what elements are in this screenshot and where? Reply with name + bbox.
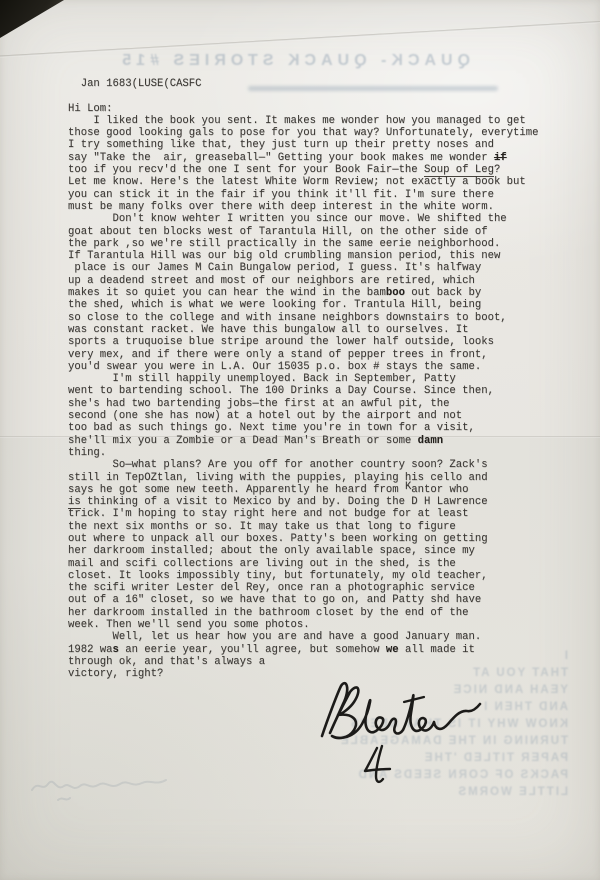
bleedthrough-title: QUACK- QUACK STORIES #15: [92, 52, 470, 70]
letter-line: was constant racket. We have this bungal…: [68, 324, 573, 336]
letter-line: thing.: [68, 447, 573, 459]
bleedthrough-fragment: PAPER TITLED 'THE: [300, 750, 568, 767]
signature-flourish: [362, 744, 396, 788]
letter-line: her darkroom installed in the bathroom c…: [68, 607, 573, 619]
letter-line: say "Take the air, greaseball—" Getting …: [68, 152, 573, 164]
letter-line: the shed, which is what we were looking …: [68, 299, 573, 311]
letter-line: goat about ten blocks west of Tarantula …: [68, 226, 573, 238]
letter-line: second (one she has now) at a hotel out …: [68, 410, 573, 422]
letter-line: So—what plans? Are you off for another c…: [68, 459, 573, 471]
signature-blaster: [312, 680, 488, 752]
bleedthrough-fragment: PACKS OF CORN SEEDS AND: [300, 767, 568, 784]
letter-line: Hi Lom:: [68, 103, 573, 115]
letter-line: week. Then we'll send you some photos.: [68, 619, 573, 631]
letter-line: her darkroom installed; about the only a…: [68, 545, 573, 557]
letter-line: must be many folks over there with deep …: [68, 201, 573, 213]
letter-line: still in TepOZtlan, living with the pupp…: [68, 472, 573, 484]
letter-line: out where to unpack all our boxes. Patty…: [68, 533, 573, 545]
letter-line: closet. It looks impossibly tiny, but fo…: [68, 570, 573, 582]
letter-line: trick. I'm hoping to stay right here and…: [68, 508, 573, 520]
letter-line: those good looking gals to pose for you …: [68, 127, 573, 139]
letter-line: went to bartending school. The 100 Drink…: [68, 385, 573, 397]
letter-line: I try something like that, they just tur…: [68, 139, 573, 151]
bleedthrough-handwriting: [28, 762, 178, 806]
letter-photo: QUACK- QUACK STORIES #15 ITHAT YOU ATYEA…: [0, 0, 600, 880]
letter-line: the park ,so we're still practically in …: [68, 238, 573, 250]
letter-line: Don't know wehter I written you since ou…: [68, 213, 573, 225]
letter-line: out of a 16" closet, so we have that to …: [68, 594, 573, 606]
letter-line: the next six months or so. It may take u…: [68, 521, 573, 533]
letter-line: too bad as such things go. Next time you…: [68, 422, 573, 434]
letter-line: through ok, and that's always a: [68, 656, 573, 668]
letter-line: the scifi writer Lester del Rey, once ra…: [68, 582, 573, 594]
letter-line: so close to the college and with insane …: [68, 312, 573, 324]
letter-line: Well, let us hear how you are and have a…: [68, 631, 573, 643]
letter-line: If Tarantula Hill was our big old crumbl…: [68, 250, 573, 262]
letter-line: victory, right?: [68, 668, 573, 680]
letter-line: is thinking of a visit to Mexico by and …: [68, 496, 573, 508]
letter-line: makes it so quiet you can hear the wind …: [68, 287, 573, 299]
letter-line: place is our James M Cain Bungalow perio…: [68, 262, 573, 274]
letter-line: 1982 was an eerie year, you'll agree, bu…: [68, 644, 573, 656]
letter-body: Jan 1683(LUSE(CASFC Hi Lom: I liked the …: [68, 78, 573, 681]
letter-line: she'll mix you a Zombie or a Dead Man's …: [68, 435, 573, 447]
letter-line: you'd swear you were in L.A. Our 15035 p…: [68, 361, 573, 373]
letter-line: I'm still happily unemployed. Back in Se…: [68, 373, 573, 385]
letter-line: very mex, and if there were only a stand…: [68, 349, 573, 361]
bleedthrough-fragment: LITTLE WORMS: [300, 784, 568, 801]
letter-line: Jan 1683(LUSE(CASFC: [68, 78, 573, 90]
letter-line: sports a truquoise blue stripe around th…: [68, 336, 573, 348]
letter-line: says he got some new teeth. Apparently h…: [68, 484, 573, 496]
letter-line: too if you recv'd the one I sent for you…: [68, 164, 573, 176]
letter-line: mail and scifi collections are living ou…: [68, 558, 573, 570]
letter-line: [68, 90, 573, 102]
letter-line: you can stick it in the fair if you thin…: [68, 189, 573, 201]
letter-line: I liked the book you sent. It makes me w…: [68, 115, 573, 127]
letter-line: Let me know. Here's the latest White Wor…: [68, 176, 573, 188]
letter-line: she's had two bartending jobs—the first …: [68, 398, 573, 410]
letter-line: up a deadend street and most of our neig…: [68, 275, 573, 287]
